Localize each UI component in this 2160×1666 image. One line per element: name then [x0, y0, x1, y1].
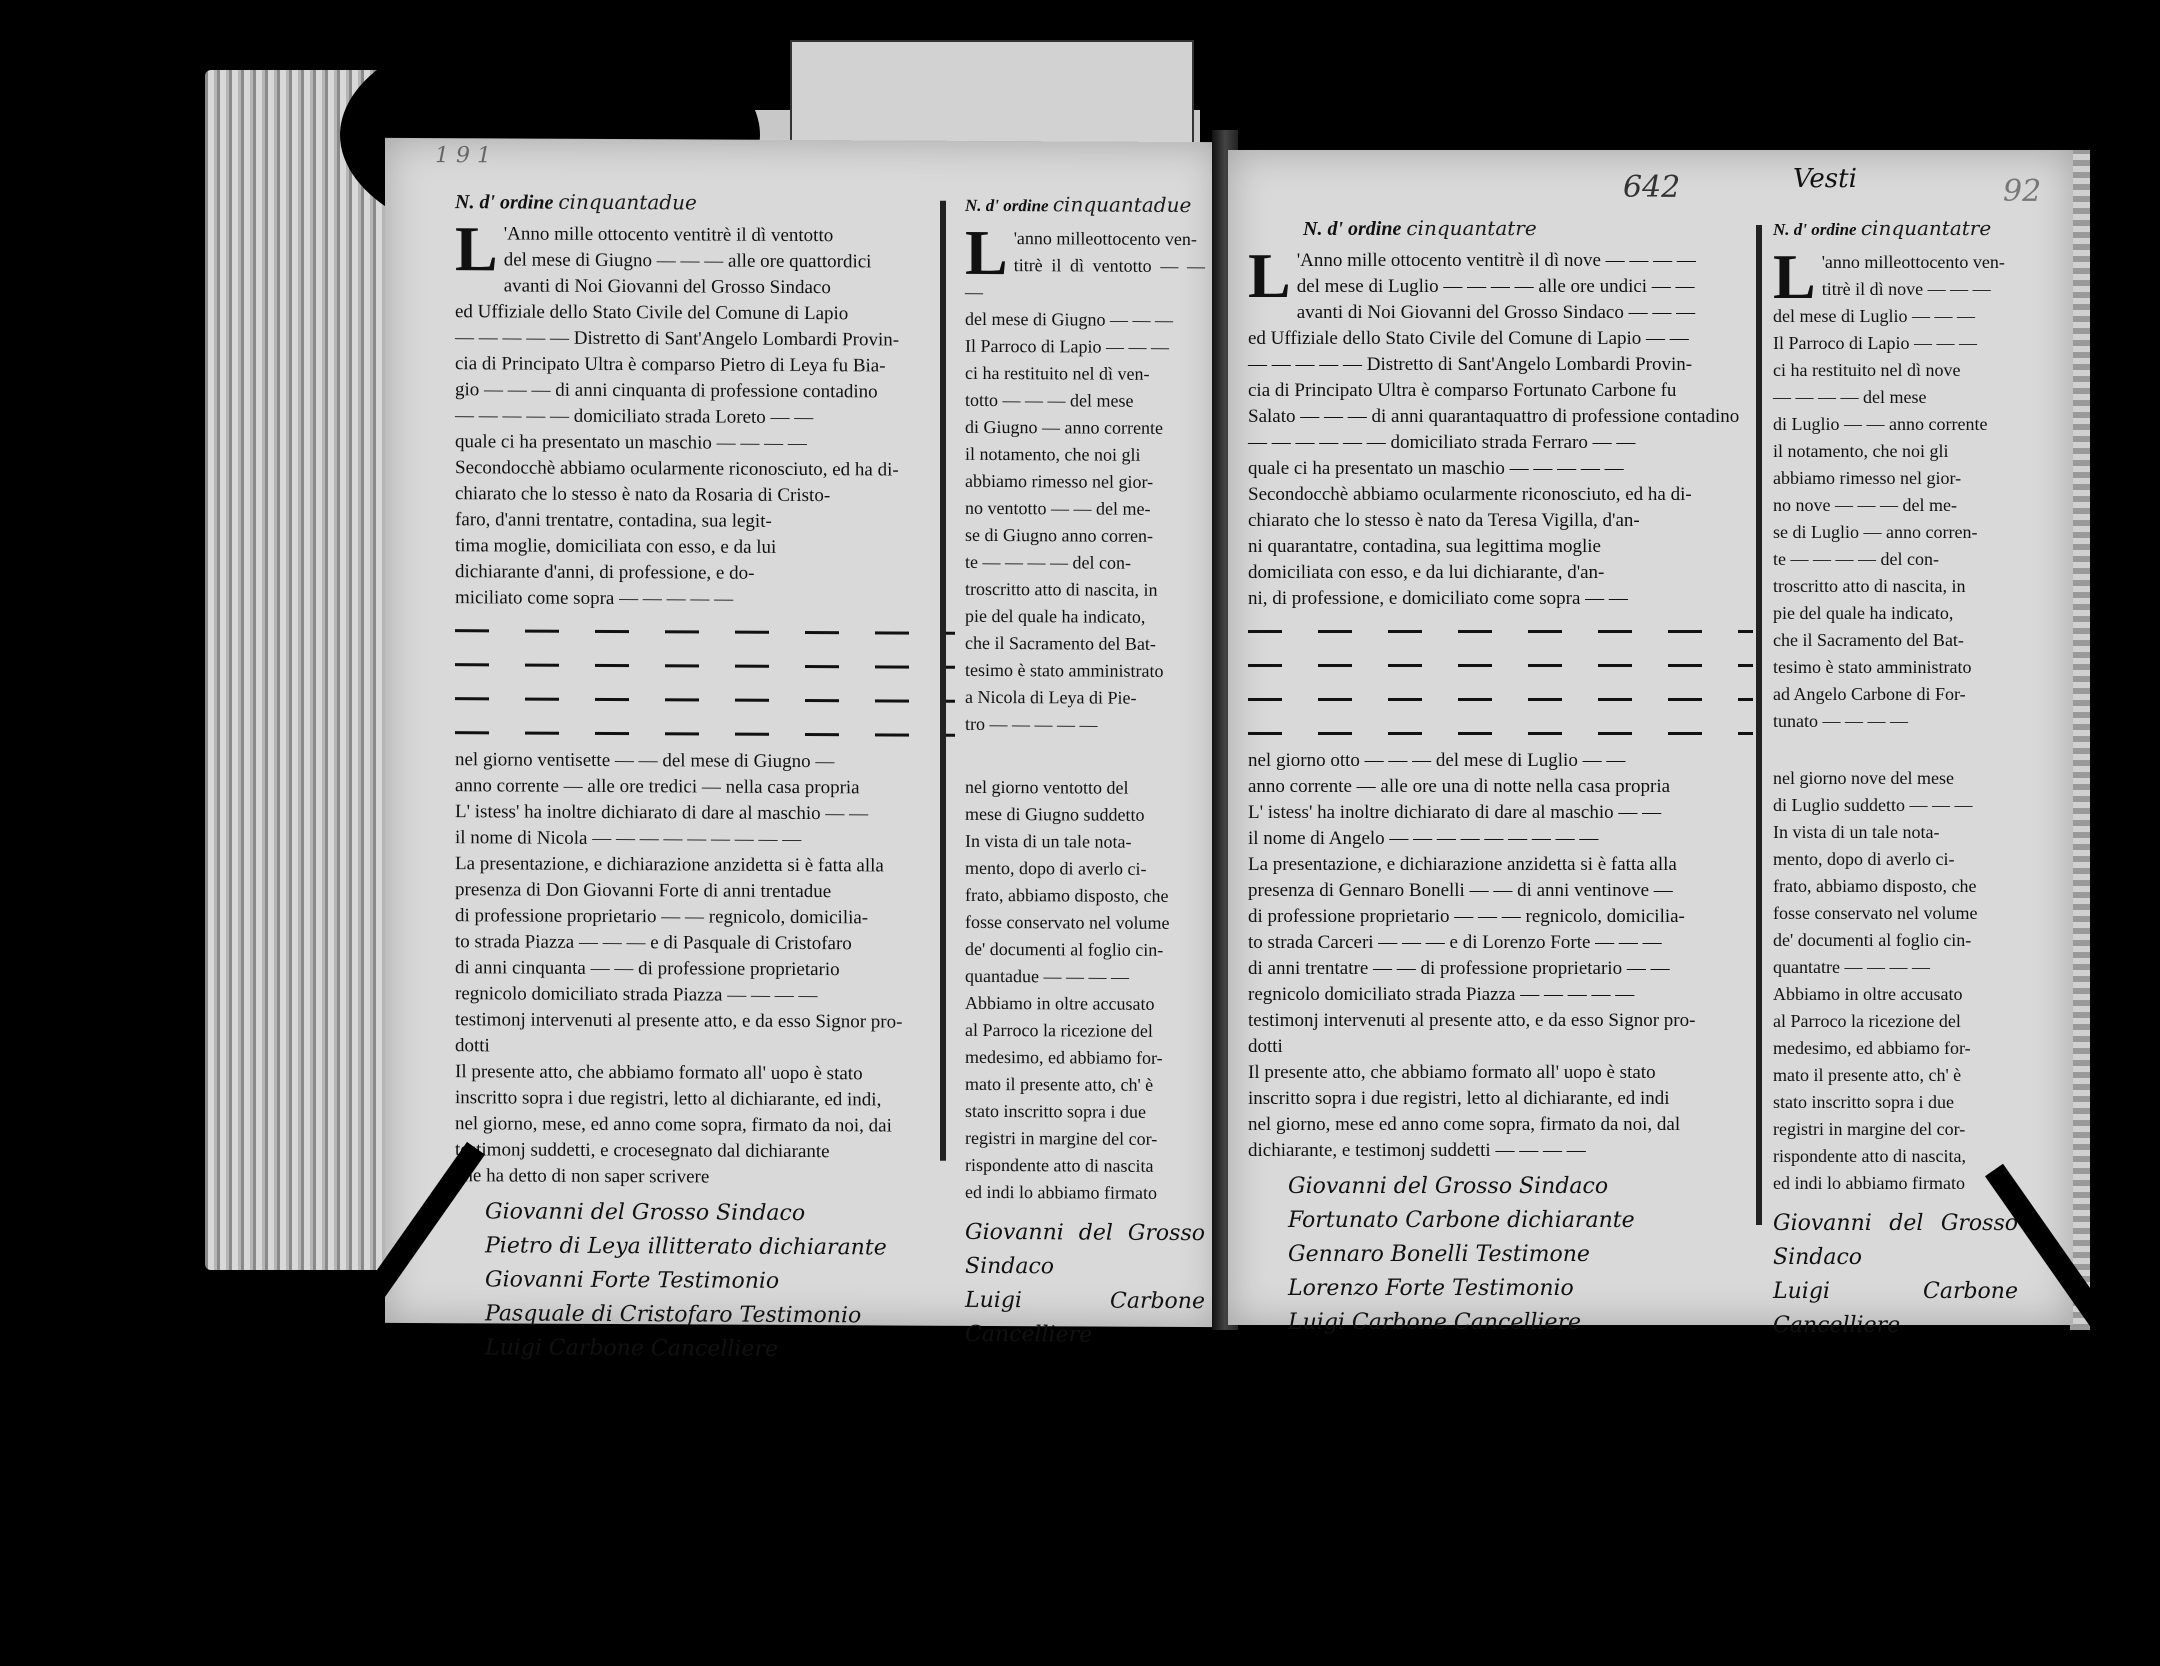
text-line: regnicolo domiciliato strada Piazza — — …: [1248, 982, 1753, 1008]
text-line: che ha detto di non saper scrivere: [455, 1163, 955, 1192]
text-line: ci ha restituito nel dì ven-: [965, 360, 1205, 388]
dropcap: L: [965, 227, 1008, 279]
text-line: In vista di un tale nota-: [1773, 819, 2018, 846]
signature: Giovanni del Grosso Sindaco: [1773, 1207, 2018, 1275]
text-line: Abbiamo in oltre accusato: [965, 990, 1205, 1018]
text-line: 'Anno mille ottocento ventitrè il dì nov…: [1248, 248, 1753, 274]
order-number-label: N. d' ordine: [1773, 220, 1857, 239]
order-number-label: N. d' ordine: [1303, 218, 1401, 240]
text-line: registri in margine del cor-: [1773, 1116, 2018, 1143]
text-line: pie del quale ha indicato,: [1773, 600, 2018, 627]
blank-dash-lines: [1248, 612, 1753, 748]
text-line: tunato — — — —: [1773, 708, 2018, 735]
text-line: abbiamo rimesso nel gior-: [1773, 465, 2018, 492]
order-number-value: cinquantatre: [1861, 216, 1991, 240]
text-line: to strada Piazza — — — e di Pasquale di …: [455, 929, 955, 958]
text-line: chiarato che lo stesso è nato da Teresa …: [1248, 508, 1753, 534]
page-stamp-left: 1 9 1: [435, 143, 491, 168]
text-line: troscritto atto di nascita, in: [965, 576, 1205, 604]
text-line: nel giorno, mese, ed anno come sopra, fi…: [455, 1111, 955, 1140]
text-line: di Luglio — — anno corrente: [1773, 411, 2018, 438]
entry-header: N. d' ordine cinquantatre: [1248, 215, 1753, 242]
text-line: frato, abbiamo disposto, che: [965, 882, 1205, 910]
text-line: nel giorno ventotto del: [965, 774, 1205, 802]
text-line: Il Parroco di Lapio — — —: [965, 333, 1205, 361]
text-line: La presentazione, e dichiarazione anzide…: [1248, 852, 1753, 878]
signature: Luigi Carbone Cancelliere: [1288, 1306, 1753, 1340]
blank-dash-lines: [455, 611, 955, 750]
entry-body: 'Anno mille ottocento ventitrè il dì nov…: [1248, 248, 1753, 612]
entry-header: N. d' ordine cinquantatre: [1773, 215, 2018, 243]
text-line: stato inscritto sopra i due: [965, 1098, 1205, 1126]
order-number-label: N. d' ordine: [965, 196, 1049, 215]
text-line: — — — — — Distretto di Sant'Angelo Lomba…: [1248, 352, 1753, 378]
dropcap: L: [1248, 250, 1291, 302]
text-line: faro, d'anni trentatre, contadina, sua l…: [455, 507, 955, 536]
signature: Pietro di Leya illitterato dichiarante: [485, 1229, 955, 1265]
signatures: Giovanni del Grosso SindacoLuigi Carbone…: [965, 1216, 1205, 1353]
column-divider: [940, 201, 946, 1161]
blank-dash-line: [455, 645, 955, 682]
text-line: miciliato come sopra — — — — —: [455, 585, 955, 614]
text-line: avanti di Noi Giovanni del Grosso Sindac…: [1248, 300, 1753, 326]
order-number-value: cinquantatre: [1406, 216, 1536, 240]
left-page: 1 9 1 N. d' ordine cinquantadue L 'Anno …: [385, 138, 1220, 1327]
text-line: se di Luglio — anno corren-: [1773, 519, 2018, 546]
text-line: ad Angelo Carbone di For-: [1773, 681, 2018, 708]
signature: Pasquale di Cristofaro Testimonio: [485, 1297, 955, 1333]
signatures: Giovanni del Grosso SindacoLuigi Carbone…: [1773, 1207, 2018, 1343]
text-line: rispondente atto di nascita,: [1773, 1143, 2018, 1170]
text-line: ni, di professione, e domiciliato come s…: [1248, 586, 1753, 612]
text-line: quantadue — — — —: [965, 963, 1205, 991]
text-line: to strada Carceri — — — e di Lorenzo For…: [1248, 930, 1753, 956]
text-line: a Nicola di Leya di Pie-: [965, 684, 1205, 712]
text-line: La presentazione, e dichiarazione anzide…: [455, 851, 955, 880]
text-line: dotti: [455, 1033, 955, 1062]
signature: Giovanni Forte Testimonio: [485, 1263, 955, 1299]
signature: Giovanni del Grosso Sindaco: [1288, 1170, 1753, 1204]
text-line: ed indi lo abbiamo firmato: [965, 1179, 1205, 1207]
text-line: ed Uffiziale dello Stato Civile del Comu…: [1248, 326, 1753, 352]
text-line: ed indi lo abbiamo firmato: [1773, 1170, 2018, 1197]
text-line: dichiarante d'anni, di professione, e do…: [455, 559, 955, 588]
signatures: Giovanni del Grosso SindacoFortunato Car…: [1248, 1170, 1753, 1340]
signature: Luigi Carbone Cancelliere: [485, 1331, 955, 1367]
text-line: di professione proprietario — — regnicol…: [455, 903, 955, 932]
blank-dash-line: [455, 713, 955, 750]
signature: Fortunato Carbone dichiarante: [1288, 1204, 1753, 1238]
scan-background: 1 9 1 N. d' ordine cinquantadue L 'Anno …: [0, 0, 2160, 1666]
text-line: quale ci ha presentato un maschio — — — …: [455, 429, 955, 458]
text-line: stato inscritto sopra i due: [1773, 1089, 2018, 1116]
blank-dash-line: [455, 679, 955, 716]
text-line: te — — — — del con-: [1773, 546, 2018, 573]
text-line: 'Anno mille ottocento ventitrè il dì ven…: [455, 221, 955, 250]
text-line: il notamento, che noi gli: [965, 441, 1205, 469]
text-line: chiarato che lo stesso è nato da Rosaria…: [455, 481, 955, 510]
text-line: di Luglio suddetto — — —: [1773, 792, 2018, 819]
text-line: inscritto sopra i due registri, letto al…: [455, 1085, 955, 1114]
blank-dash-line: [1248, 612, 1753, 646]
text-line: quale ci ha presentato un maschio — — — …: [1248, 456, 1753, 482]
text-line: mento, dopo di averlo ci-: [965, 855, 1205, 883]
text-line: cia di Principato Ultra è comparso Fortu…: [1248, 378, 1753, 404]
entry-body: 'Anno mille ottocento ventitrè il dì ven…: [455, 221, 955, 614]
entry-continuation: nel giorno ventisette — — del mese di Gi…: [455, 747, 955, 1192]
text-line: del mese di Giugno — — —: [965, 306, 1205, 334]
text-line: il nome di Angelo — — — — — — — — —: [1248, 826, 1753, 852]
text-line: — — — — — domiciliato strada Loreto — —: [455, 403, 955, 432]
blank-dash-line: [455, 611, 955, 648]
text-line: di anni cinquanta — — di professione pro…: [455, 955, 955, 984]
text-line: nel giorno ventisette — — del mese di Gi…: [455, 747, 955, 776]
text-line: frato, abbiamo disposto, che: [1773, 873, 2018, 900]
text-line: In vista di un tale nota-: [965, 828, 1205, 856]
text-line: al Parroco la ricezione del: [1773, 1008, 2018, 1035]
text-line: troscritto atto di nascita, in: [1773, 573, 2018, 600]
text-line: di anni trentatre — — di professione pro…: [1248, 956, 1753, 982]
text-line: regnicolo domiciliato strada Piazza — — …: [455, 981, 955, 1010]
entry-continuation: nel giorno nove del mesedi Luglio suddet…: [1773, 765, 2018, 1197]
right-margin-entry: N. d' ordine cinquantatre L 'anno milleo…: [1773, 215, 2018, 1343]
book-spine-label: [790, 40, 1194, 154]
text-line: del mese di Giugno — — — alle ore quatto…: [455, 247, 955, 276]
marginal-note: Vesti: [1793, 164, 1857, 194]
entry-body: 'anno milleottocento ven-titrè il dì ven…: [965, 225, 1205, 739]
column-divider: [1756, 225, 1762, 1225]
text-line: domiciliata con esso, e da lui dichiaran…: [1248, 560, 1753, 586]
text-line: del mese di Luglio — — —: [1773, 303, 2018, 330]
text-line: avanti di Noi Giovanni del Grosso Sindac…: [455, 273, 955, 302]
text-line: mese di Giugno suddetto: [965, 801, 1205, 829]
text-line: di professione proprietario — — — regnic…: [1248, 904, 1753, 930]
order-number-label: N. d' ordine: [455, 191, 553, 214]
text-line: mento, dopo di averlo ci-: [1773, 846, 2018, 873]
text-line: presenza di Don Giovanni Forte di anni t…: [455, 877, 955, 906]
signature: Luigi Carbone Cancelliere: [965, 1284, 1205, 1353]
text-line: totto — — — del mese: [965, 387, 1205, 415]
text-line: anno corrente — alle ore tredici — nella…: [455, 773, 955, 802]
text-line: gio — — — di anni cinquanta di professio…: [455, 377, 955, 406]
text-line: L' istess' ha inoltre dichiarato di dare…: [1248, 800, 1753, 826]
text-line: nel giorno, mese ed anno come sopra, fir…: [1248, 1112, 1753, 1138]
text-line: pie del quale ha indicato,: [965, 603, 1205, 631]
blank-dash-line: [1248, 646, 1753, 680]
text-line: de' documenti al foglio cin-: [1773, 927, 2018, 954]
text-line: al Parroco la ricezione del: [965, 1017, 1205, 1045]
folio-number: 92: [2003, 174, 2041, 209]
order-number-value: cinquantadue: [1053, 192, 1191, 217]
book-page-stack-right: [2070, 150, 2090, 1330]
text-line: testimonj intervenuti al presente atto, …: [455, 1007, 955, 1036]
entry-continuation: nel giorno otto — — — del mese di Luglio…: [1248, 748, 1753, 1164]
entry-continuation: nel giorno ventotto delmese di Giugno su…: [965, 774, 1205, 1207]
text-line: Il presente atto, che abbiamo formato al…: [455, 1059, 955, 1088]
text-line: abbiamo rimesso nel gior-: [965, 468, 1205, 496]
signature: Giovanni del Grosso Sindaco: [485, 1195, 955, 1231]
text-line: dichiarante, e testimonj suddetti — — — …: [1248, 1138, 1753, 1164]
text-line: registri in margine del cor-: [965, 1125, 1205, 1153]
text-line: se di Giugno anno corren-: [965, 522, 1205, 550]
text-line: Abbiamo in oltre accusato: [1773, 981, 2018, 1008]
text-line: mato il presente atto, ch' è: [1773, 1062, 2018, 1089]
text-line: quantatre — — — —: [1773, 954, 2018, 981]
text-line: nel giorno otto — — — del mese di Luglio…: [1248, 748, 1753, 774]
order-number-value: cinquantadue: [558, 190, 696, 215]
dropcap: L: [1773, 251, 1816, 303]
text-line: — — — — del mese: [1773, 384, 2018, 411]
text-line: Il presente atto, che abbiamo formato al…: [1248, 1060, 1753, 1086]
text-line: del mese di Luglio — — — — alle ore undi…: [1248, 274, 1753, 300]
signature: Luigi Carbone Cancelliere: [1773, 1275, 2018, 1343]
left-main-entry: N. d' ordine cinquantadue L 'Anno mille …: [455, 188, 955, 1368]
text-line: cia di Principato Ultra è comparso Pietr…: [455, 351, 955, 380]
text-line: no ventotto — — del me-: [965, 495, 1205, 523]
blank-dash-line: [1248, 714, 1753, 748]
text-line: Secondocchè abbiamo ocularmente riconosc…: [455, 455, 955, 484]
text-line: tesimo è stato amministrato: [965, 657, 1205, 685]
text-line: ci ha restituito nel dì nove: [1773, 357, 2018, 384]
text-line: — — — — — Distretto di Sant'Angelo Lomba…: [455, 325, 955, 354]
text-line: Salato — — — di anni quarantaquattro di …: [1248, 404, 1753, 430]
text-line: anno corrente — alle ore una di notte ne…: [1248, 774, 1753, 800]
text-line: fosse conservato nel volume: [1773, 900, 2018, 927]
dropcap: L: [455, 223, 498, 275]
text-line: testimonj suddetti, e crocesegnato dal d…: [455, 1137, 955, 1166]
text-line: tima moglie, domiciliata con esso, e da …: [455, 533, 955, 562]
text-line: ed Uffiziale dello Stato Civile del Comu…: [455, 299, 955, 328]
text-line: tro — — — — —: [965, 711, 1205, 739]
text-line: — — — — — — domiciliato strada Ferraro —…: [1248, 430, 1753, 456]
text-line: Secondocchè abbiamo ocularmente riconosc…: [1248, 482, 1753, 508]
book-page-stack-left: [205, 70, 395, 1270]
right-main-entry: N. d' ordine cinquantatre L 'Anno mille …: [1248, 215, 1753, 1340]
right-page: 642 Vesti 92 N. d' ordine cinquantatre L…: [1228, 150, 2073, 1325]
text-line: che il Sacramento del Bat-: [965, 630, 1205, 658]
text-line: di Giugno — anno corrente: [965, 414, 1205, 442]
text-line: L' istess' ha inoltre dichiarato di dare…: [455, 799, 955, 828]
signature: Giovanni del Grosso Sindaco: [965, 1216, 1205, 1285]
text-line: medesimo, ed abbiamo for-: [965, 1044, 1205, 1072]
text-line: no nove — — — del me-: [1773, 492, 2018, 519]
signatures: Giovanni del Grosso SindacoPietro di Ley…: [455, 1195, 955, 1368]
text-line: te — — — — del con-: [965, 549, 1205, 577]
signature: Lorenzo Forte Testimonio: [1288, 1272, 1753, 1306]
text-line: presenza di Gennaro Bonelli — — di anni …: [1248, 878, 1753, 904]
text-line: testimonj intervenuti al presente atto, …: [1248, 1008, 1753, 1034]
text-line: de' documenti al foglio cin-: [965, 936, 1205, 964]
text-line: Il Parroco di Lapio — — —: [1773, 330, 2018, 357]
text-line: dotti: [1248, 1034, 1753, 1060]
entry-body: 'anno milleottocento ven-titrè il dì nov…: [1773, 249, 2018, 735]
text-line: fosse conservato nel volume: [965, 909, 1205, 937]
text-line: il nome di Nicola — — — — — — — — —: [455, 825, 955, 854]
left-margin-entry: N. d' ordine cinquantadue L 'anno milleo…: [965, 191, 1205, 1353]
page-number: 642: [1623, 170, 1680, 205]
signature: Gennaro Bonelli Testimone: [1288, 1238, 1753, 1272]
text-line: che il Sacramento del Bat-: [1773, 627, 2018, 654]
text-line: rispondente atto di nascita: [965, 1152, 1205, 1180]
text-line: mato il presente atto, ch' è: [965, 1071, 1205, 1099]
text-line: il notamento, che noi gli: [1773, 438, 2018, 465]
blank-dash-line: [1248, 680, 1753, 714]
text-line: ni quarantatre, contadina, sua legittima…: [1248, 534, 1753, 560]
text-line: tesimo è stato amministrato: [1773, 654, 2018, 681]
text-line: inscritto sopra i due registri, letto al…: [1248, 1086, 1753, 1112]
entry-header: N. d' ordine cinquantadue: [455, 188, 955, 218]
text-line: medesimo, ed abbiamo for-: [1773, 1035, 2018, 1062]
entry-header: N. d' ordine cinquantadue: [965, 191, 1205, 220]
text-line: nel giorno nove del mese: [1773, 765, 2018, 792]
